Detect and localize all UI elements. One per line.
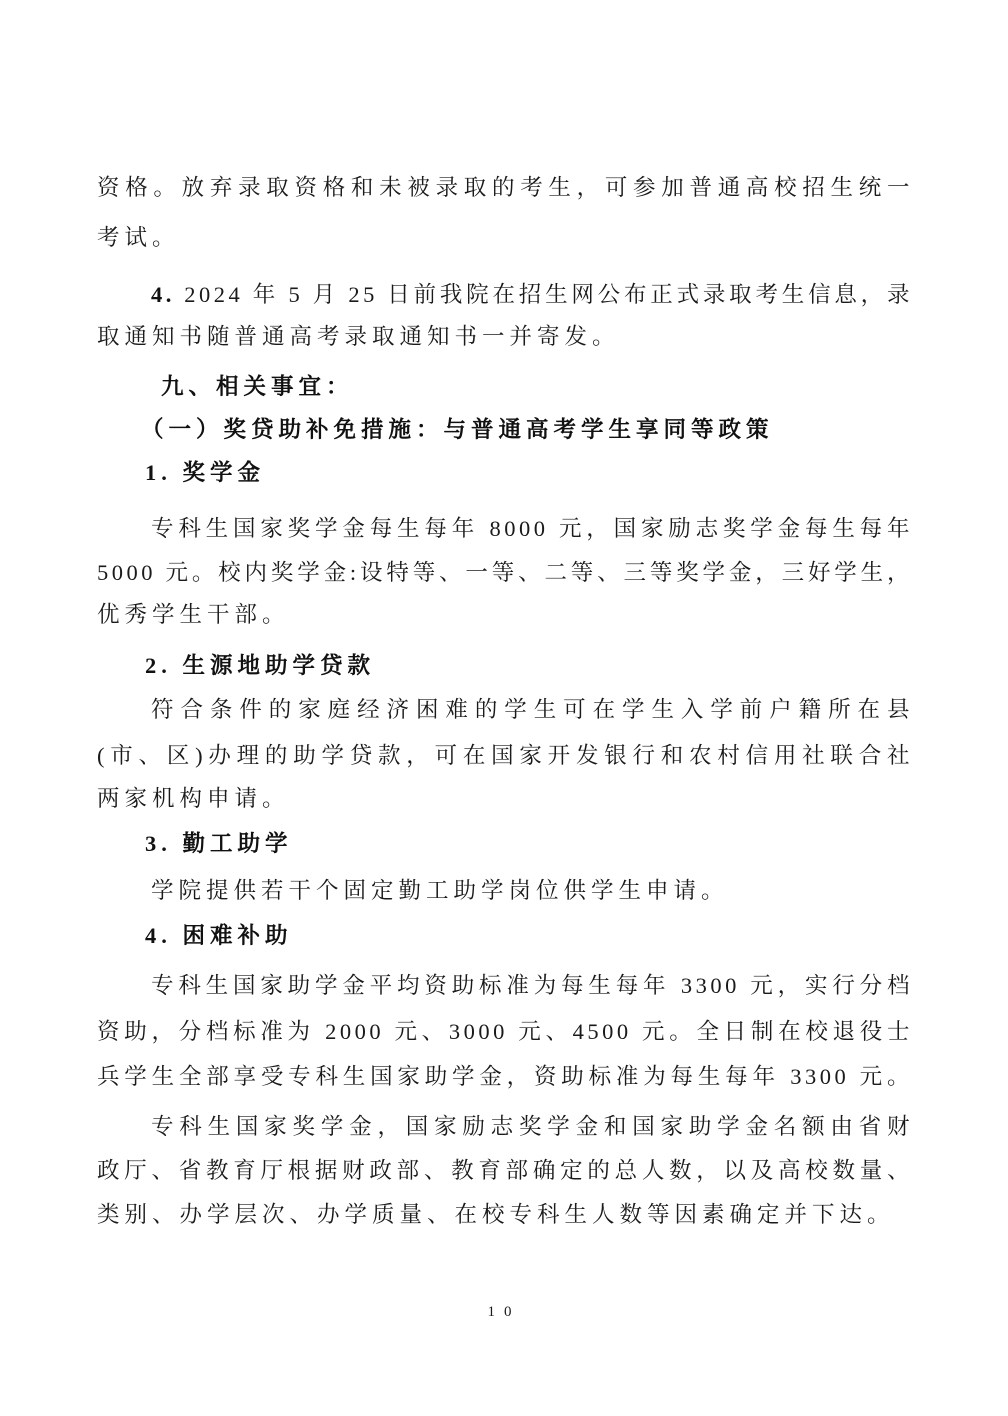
text-line: 5000 元。校内奖学金:设特等、一等、二等、三等奖学金，三好学生， (97, 550, 913, 596)
text-line: 政厅、省教育厅根据财政部、教育部确定的总人数，以及高校数量、 (97, 1148, 913, 1194)
list-number: 4. (151, 282, 175, 307)
text-line: 取通知书随普通高考录取通知书一并寄发。 (97, 314, 913, 360)
text-line: 资格。放弃录取资格和未被录取的考生，可参加普通高校招生统一 (97, 165, 913, 211)
item-heading: 2. 生源地助学贷款 (97, 643, 913, 689)
text-line: 两家机构申请。 (97, 776, 913, 822)
text-line: 资助，分档标准为 2000 元、3000 元、4500 元。全日制在校退役士 (97, 1009, 913, 1055)
section-heading: 九、相关事宜： (97, 364, 913, 410)
document-page: 资格。放弃录取资格和未被录取的考生，可参加普通高校招生统一 考试。 4. 202… (0, 0, 1008, 1416)
item-heading: 1. 奖学金 (97, 450, 913, 496)
text-line: 专科生国家奖学金，国家励志奖学金和国家助学金名额由省财 (97, 1104, 913, 1150)
text-line: 类别、办学层次、办学质量、在校专科生人数等因素确定并下达。 (97, 1192, 913, 1238)
page-number: 10 (488, 1304, 521, 1320)
text-line: (市、区)办理的助学贷款，可在国家开发银行和农村信用社联合社 (97, 733, 913, 779)
item-heading: 3. 勤工助学 (97, 821, 913, 867)
text-line: 专科生国家奖学金每生每年 8000 元，国家励志奖学金每生每年 (97, 506, 913, 552)
text-line: 优秀学生干部。 (97, 592, 913, 638)
text-line: 考试。 (97, 215, 913, 261)
text-line: 兵学生全部享受专科生国家助学金，资助标准为每生每年 3300 元。 (97, 1054, 913, 1100)
subsection-heading: （一）奖贷助补免措施：与普通高考学生享同等政策 (97, 407, 913, 453)
text-run: 2024 年 5 月 25 日前我院在招生网公布正式录取考生信息，录 (175, 282, 913, 307)
text-line: 符合条件的家庭经济困难的学生可在学生入学前户籍所在县 (97, 687, 913, 733)
page-footer: 10 (0, 1290, 1008, 1334)
text-line: 4. 2024 年 5 月 25 日前我院在招生网公布正式录取考生信息，录 (97, 272, 913, 318)
text-line: 专科生国家助学金平均资助标准为每生每年 3300 元，实行分档 (97, 963, 913, 1009)
text-line: 学院提供若干个固定勤工助学岗位供学生申请。 (97, 868, 913, 914)
item-heading: 4. 困难补助 (97, 913, 913, 959)
